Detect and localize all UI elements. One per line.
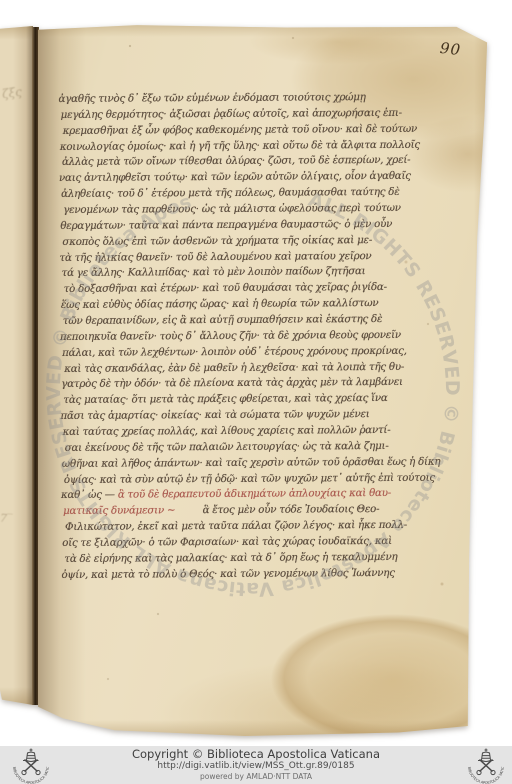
binding-gutter (32, 27, 39, 705)
manuscript-line: τὰ τῆς ἡλικίας θανεῖν· τοῦ δὲ λαλουμένου… (59, 249, 363, 267)
manuscript-line: τὸ δοξασθῆναι καὶ ἑτέρων· καὶ τοῦ θαυμάσ… (64, 280, 364, 298)
manuscript-line: ἀγαθῆς τινὸς δ᾽ ἔξω τῶν εὐμένων ἐνδόμασι… (59, 90, 363, 108)
ink-bleed-mark: ζξς (1, 85, 23, 102)
manuscript-line: ματικαῖς δυνάμεσιν ~ ἃ ἔτος μὲν οὖν τόδε… (63, 502, 365, 520)
manuscript-line: σαι ἐκείνους δὲ τῆς τῶν παλαιῶν λειτουργ… (65, 439, 365, 457)
manuscript-line: πάλαι, καὶ τῶν λεχθέντων· λοιπὸν οὐδ᾽ ἑτ… (62, 344, 364, 362)
manuscript-line: θεραγμάτων· ταῦτα καὶ πάντα πεπραγμένα θ… (60, 217, 363, 235)
manuscript-line: γατρὸς δὲ τὴν ὁδόν· τὰ δὲ πλείονα κατὰ τ… (61, 376, 364, 394)
facing-page-edge (0, 26, 33, 705)
manuscript-line: κοινωλογίας ὁμοίως· καὶ ἡ γῆ τῆς ὕλης· κ… (60, 138, 363, 156)
manuscript-line: μεγάλης θερμότητος· ἀξιῶσαι ῥᾳδίως αὐτοῖ… (61, 106, 363, 124)
manuscript-line: τὰ δὲ εἰρήνης καὶ τὰς μαλακίας· καὶ τὰ δ… (64, 550, 365, 568)
manuscript-line: τὰς ματαίας· ὅτι μετὰ τὰς πράξεις φθείρε… (63, 391, 364, 409)
manuscript-line: πᾶσι τὰς ἁμαρτίας· οἰκείας· καὶ τὰ σώματ… (60, 407, 364, 425)
folio-number: 90 (439, 39, 462, 59)
manuscript-line: ἀλλὰς μετὰ τῶν οἴνων τίθεσθαι ὀλύρας· ζῶ… (62, 154, 363, 172)
manuscript-line: ναις ἀντιληφθεῖσι τούτῳ· καὶ τῶν ἱερῶν α… (59, 169, 363, 187)
manuscript-line: τῶν θεραπαινίδων, εἰς ἃ καὶ αὐτῇ συμπαθή… (63, 312, 364, 330)
manuscript-line: κρεμασθῆναι ἐξ ὧν φόβος καθεκομένης μετὰ… (63, 122, 363, 140)
manuscript-line: τά γε ἄλλης· Καλλιπίδας· καὶ τὸ μὲν λοιπ… (62, 265, 364, 283)
ink-bleed-mark: 7‾ (0, 512, 13, 526)
manuscript-line: ἀληθείαις· τοῦ δ᾽ ἑτέρου μετὰ τῆς πόλεως… (61, 185, 363, 203)
manuscript-line: ὀψίν, καὶ μετὰ τὸ πολὺ ὁ Θεός· καὶ τῶν γ… (61, 566, 365, 584)
footer-copyright: Copyright © Biblioteca Apostolica Vatica… (0, 747, 512, 761)
manuscript-line: Φιλικώτατον, ἐκεῖ καὶ μετὰ ταῦτα πάλαι ζ… (65, 518, 365, 536)
manuscript-line: καὶ ταύτας χρείας πολλάς, καὶ λίθους χαρ… (63, 423, 365, 441)
manuscript-line: ὀψίας· καὶ τὰ σὺν αὐτῷ ἐν τῇ ὁδῷ· καὶ τῶ… (64, 471, 365, 489)
manuscript-line: καὶ τὰς σκανδάλας, ἐὰν δὲ μαθεῖν ἡ λεχθε… (64, 360, 364, 378)
footer-url: http://digi.vatlib.it/view/MSS_Ott.gr.89… (0, 761, 512, 772)
footer-powered-by: powered by AMLAD·NTT DATA (0, 772, 512, 782)
manuscript-line: καθ᾽ ὡς — ἃ τοῦ δὲ θεραπευτοῦ ἀδικημάτων… (61, 487, 365, 505)
vatican-library-seal-icon: BIBLIOTECA APOSTOLICA VATICANA (464, 747, 508, 784)
handwritten-text-block: ἀγαθῆς τινὸς δ᾽ ἔξω τῶν εὐμένων ἐνδόμασι… (61, 90, 366, 583)
manuscript-line: πεποιηκυῖα θανεῖν· τοὺς δ᾽ ἄλλους ζῆν· τ… (60, 328, 364, 346)
manuscript-line: γενομένων τὰς παρθένους· ὡς τὰ μάλιστα ὠ… (63, 201, 363, 219)
footer-credit-bar: BIBLIOTECA APOSTOLICA VATICANA Copyright… (0, 746, 512, 784)
manuscript-line: ωθῆναι καὶ λῆθος ἁπάντων· καὶ ταῖς χερσὶ… (62, 455, 365, 473)
digitized-manuscript-viewer: ζξς 7‾ 90 ἀγαθῆς τινὸς δ᾽ ἔξω τῶν εὐμένω… (0, 0, 512, 784)
manuscript-line: ἕως καὶ εὐθὺς ὁδίας πάσης ὥρας· καὶ ἡ θε… (61, 296, 364, 314)
manuscript-line: σκοπὸς ὅλως ἐπὶ τῶν ἀσθενῶν τὰ χρήματα τ… (62, 233, 363, 251)
manuscript-line: οῖς τε ξιλαρχῶν· ὁ τῶν Φαρισαίων· καὶ τὰ… (62, 534, 365, 552)
